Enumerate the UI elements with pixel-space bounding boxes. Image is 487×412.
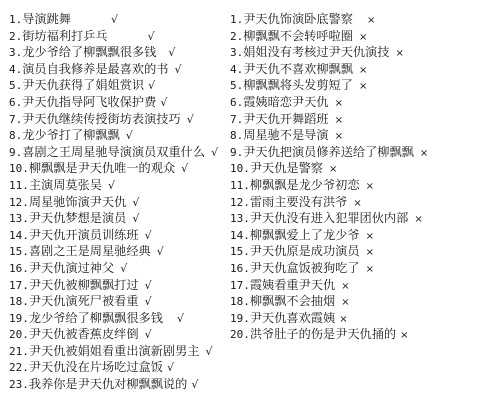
item-number: 5.: [9, 79, 22, 92]
check-mark-icon: √: [167, 360, 174, 377]
list-item: 5.尹天仇获得了娟姐赏识√: [9, 77, 234, 94]
list-item: 4.尹天仇不喜欢柳飘飘×: [230, 61, 485, 78]
item-number: 16.: [230, 262, 250, 275]
item-text: 洪爷肚子的伤是尹天仇捅的: [250, 327, 396, 341]
item-text: 柳飘飘不会转呼啦圈: [243, 29, 353, 43]
list-item: 3.娟姐没有考核过尹天仇演技×: [230, 44, 485, 61]
check-mark-icon: √: [168, 45, 175, 62]
check-mark-icon: √: [145, 327, 152, 344]
check-mark-icon: √: [160, 95, 167, 112]
item-text: 我养你是尹天仇对柳飘飘说的: [29, 377, 187, 391]
item-number: 7.: [9, 113, 22, 126]
item-number: 6.: [9, 96, 22, 109]
cross-mark-icon: ×: [400, 328, 408, 345]
item-number: 3.: [230, 46, 243, 59]
list-item: 10.柳飘飘是尹天仇唯一的观众√: [9, 160, 234, 177]
item-number: 19.: [9, 312, 29, 325]
list-item: 17.霞姨看重尹天仇×: [230, 277, 485, 294]
check-mark-icon: √: [111, 12, 118, 29]
list-item: 8.周星驰不是导演×: [230, 127, 485, 144]
item-text: 尹天仇开演员训练班: [29, 228, 139, 242]
item-text: 龙少爷给了柳飘飘很多钱: [29, 311, 163, 325]
check-mark-icon: √: [177, 311, 184, 328]
item-text: 尹天仇演死尸被看重: [29, 294, 139, 308]
item-text: 喜剧之王周星驰导演演员双重什么: [22, 145, 205, 159]
item-number: 21.: [9, 345, 29, 358]
item-text: 尹天仇开舞蹈班: [243, 112, 328, 126]
check-mark-icon: √: [175, 62, 182, 79]
item-text: 尹天仇原是成功演员: [250, 244, 360, 258]
item-text: 霞姨暗恋尹天仇: [243, 95, 328, 109]
item-number: 23.: [9, 378, 29, 391]
item-text: 柳飘飘爱上了龙少爷: [250, 228, 360, 242]
item-number: 2.: [9, 30, 22, 43]
check-mark-icon: √: [157, 244, 164, 261]
cross-mark-icon: ×: [414, 212, 422, 229]
list-item: 6.霞姨暗恋尹天仇×: [230, 94, 485, 111]
list-item: 1.尹天仇饰演卧底警察×: [230, 11, 485, 28]
item-number: 11.: [230, 179, 250, 192]
item-text: 尹天仇继续传授街坊表演技巧: [22, 112, 180, 126]
list-item: 18.柳飘飘不会抽烟×: [230, 293, 485, 310]
cross-mark-icon: ×: [367, 13, 375, 30]
item-number: 8.: [230, 129, 243, 142]
list-item: 13.尹天仇没有进入犯罪团伙内部×: [230, 210, 485, 227]
cross-mark-icon: ×: [366, 262, 374, 279]
list-item: 16.尹天仇演过神父√: [9, 260, 234, 277]
check-mark-icon: √: [132, 211, 139, 228]
item-text: 尹天仇指导阿飞收保护费: [22, 95, 156, 109]
item-number: 10.: [9, 162, 29, 175]
list-item: 12.雷雨主要没有洪爷×: [230, 194, 485, 211]
false-statements-list: 1.尹天仇饰演卧底警察×2.柳飘飘不会转呼啦圈×3.娟姐没有考核过尹天仇演技×4…: [230, 11, 485, 343]
item-number: 5.: [230, 79, 243, 92]
item-number: 22.: [9, 361, 29, 374]
item-text: 尹天仇被香蕉皮绊倒: [29, 327, 139, 341]
list-item: 14.柳飘飘爱上了龙少爷×: [230, 227, 485, 244]
check-mark-icon: √: [108, 178, 115, 195]
item-text: 喜剧之王是周星驰经典: [29, 244, 151, 258]
list-item: 17.尹天仇被柳飘飘打过√: [9, 277, 234, 294]
item-text: 尹天仇把演员修养送给了柳飘飘: [243, 145, 414, 159]
item-text: 雷雨主要没有洪爷: [250, 195, 348, 209]
item-number: 20.: [230, 328, 250, 341]
list-item: 23.我养你是尹天仇对柳飘飘说的√: [9, 376, 234, 393]
item-number: 12.: [230, 196, 250, 209]
item-number: 14.: [9, 229, 29, 242]
list-item: 14.尹天仇开演员训练班√: [9, 227, 234, 244]
item-text: 尹天仇梦想是演员: [29, 211, 127, 225]
item-number: 8.: [9, 129, 22, 142]
list-item: 18.尹天仇演死尸被看重√: [9, 293, 234, 310]
true-statements-list: 1.导演跳舞√2.街坊福利打乒乓√3.龙少爷给了柳飘飘很多钱√4.演员自我修养是…: [9, 11, 234, 393]
item-text: 尹天仇是警察: [250, 161, 323, 175]
check-mark-icon: √: [181, 161, 188, 178]
item-text: 龙少爷打了柳飘飘: [22, 128, 120, 142]
list-item: 7.尹天仇开舞蹈班×: [230, 111, 485, 128]
item-text: 柳飘飘是龙少爷初恋: [250, 178, 360, 192]
check-mark-icon: √: [145, 278, 152, 295]
cross-mark-icon: ×: [420, 146, 428, 163]
item-number: 9.: [9, 146, 22, 159]
list-item: 15.喜剧之王是周星驰经典√: [9, 243, 234, 260]
item-text: 尹天仇被娟姐看重出演新剧男主: [29, 344, 200, 358]
item-number: 20.: [9, 328, 29, 341]
list-item: 21.尹天仇被娟姐看重出演新剧男主√: [9, 343, 234, 360]
item-text: 尹天仇喜欢霞姨: [250, 311, 335, 325]
list-item: 20.尹天仇被香蕉皮绊倒√: [9, 326, 234, 343]
item-text: 导演跳舞: [22, 12, 71, 26]
item-text: 娟姐没有考核过尹天仇演技: [243, 45, 389, 59]
list-item: 1.导演跳舞√: [9, 11, 234, 28]
item-text: 尹天仇演过神父: [29, 261, 114, 275]
check-mark-icon: √: [191, 377, 198, 394]
item-text: 柳飘飘不会抽烟: [250, 294, 335, 308]
item-text: 尹天仇盒饭被狗吃了: [250, 261, 360, 275]
item-number: 4.: [230, 63, 243, 76]
item-text: 尹天仇被柳飘飘打过: [29, 278, 139, 292]
cross-mark-icon: ×: [396, 46, 404, 63]
item-number: 6.: [230, 96, 243, 109]
item-number: 18.: [230, 295, 250, 308]
item-number: 15.: [230, 245, 250, 258]
item-text: 演员自我修养是最喜欢的书: [22, 62, 168, 76]
item-text: 柳飘飘将头发剪短了: [243, 78, 353, 92]
check-mark-icon: √: [187, 112, 194, 129]
item-text: 霞姨看重尹天仇: [250, 278, 335, 292]
list-item: 13.尹天仇梦想是演员√: [9, 210, 234, 227]
cross-mark-icon: ×: [366, 179, 374, 196]
cross-mark-icon: ×: [359, 79, 367, 96]
item-text: 尹天仇没有进入犯罪团伙内部: [250, 211, 408, 225]
list-item: 10.尹天仇是警察×: [230, 160, 485, 177]
item-number: 12.: [9, 196, 29, 209]
item-number: 16.: [9, 262, 29, 275]
item-number: 18.: [9, 295, 29, 308]
item-number: 7.: [230, 113, 243, 126]
item-number: 3.: [9, 46, 22, 59]
item-text: 主演周莫张吴: [29, 178, 102, 192]
check-mark-icon: √: [211, 145, 218, 162]
item-number: 9.: [230, 146, 243, 159]
list-item: 19.龙少爷给了柳飘飘很多钱√: [9, 310, 234, 327]
item-text: 柳飘飘是尹天仇唯一的观众: [29, 161, 175, 175]
list-item: 2.街坊福利打乒乓√: [9, 28, 234, 45]
item-text: 龙少爷给了柳飘飘很多钱: [22, 45, 156, 59]
check-mark-icon: √: [148, 29, 155, 46]
item-text: 尹天仇获得了娟姐赏识: [22, 78, 144, 92]
item-number: 13.: [230, 212, 250, 225]
list-item: 6.尹天仇指导阿飞收保护费√: [9, 94, 234, 111]
item-number: 1.: [9, 13, 22, 26]
list-item: 16.尹天仇盒饭被狗吃了×: [230, 260, 485, 277]
item-number: 4.: [9, 63, 22, 76]
list-item: 12.周星驰饰演尹天仇√: [9, 194, 234, 211]
list-item: 19.尹天仇喜欢霞姨×: [230, 310, 485, 327]
list-item: 5.柳飘飘将头发剪短了×: [230, 77, 485, 94]
check-mark-icon: √: [126, 128, 133, 145]
list-item: 11.主演周莫张吴√: [9, 177, 234, 194]
item-text: 街坊福利打乒乓: [22, 29, 107, 43]
item-number: 1.: [230, 13, 243, 26]
item-number: 15.: [9, 245, 29, 258]
item-text: 周星驰饰演尹天仇: [29, 195, 127, 209]
list-item: 4.演员自我修养是最喜欢的书√: [9, 61, 234, 78]
check-mark-icon: √: [120, 261, 127, 278]
item-number: 11.: [9, 179, 29, 192]
item-text: 尹天仇没在片场吃过盒饭: [29, 360, 163, 374]
item-number: 17.: [9, 279, 29, 292]
item-number: 17.: [230, 279, 250, 292]
check-mark-icon: √: [148, 78, 155, 95]
list-item: 8.龙少爷打了柳飘飘√: [9, 127, 234, 144]
item-text: 尹天仇饰演卧底警察: [243, 12, 353, 26]
check-mark-icon: √: [145, 294, 152, 311]
list-item: 22.尹天仇没在片场吃过盒饭√: [9, 359, 234, 376]
item-text: 尹天仇不喜欢柳飘飘: [243, 62, 353, 76]
item-number: 19.: [230, 312, 250, 325]
list-item: 9.尹天仇把演员修养送给了柳飘飘×: [230, 144, 485, 161]
list-item: 2.柳飘飘不会转呼啦圈×: [230, 28, 485, 45]
item-number: 2.: [230, 30, 243, 43]
list-item: 11.柳飘飘是龙少爷初恋×: [230, 177, 485, 194]
item-number: 10.: [230, 162, 250, 175]
check-mark-icon: √: [206, 344, 213, 361]
list-item: 15.尹天仇原是成功演员×: [230, 243, 485, 260]
list-item: 20.洪爷肚子的伤是尹天仇捅的×: [230, 326, 485, 343]
check-mark-icon: √: [132, 195, 139, 212]
check-mark-icon: √: [145, 228, 152, 245]
list-item: 9.喜剧之王周星驰导演演员双重什么√: [9, 144, 234, 161]
list-item: 7.尹天仇继续传授街坊表演技巧√: [9, 111, 234, 128]
item-number: 13.: [9, 212, 29, 225]
list-item: 3.龙少爷给了柳飘飘很多钱√: [9, 44, 234, 61]
item-number: 14.: [230, 229, 250, 242]
item-text: 周星驰不是导演: [243, 128, 328, 142]
